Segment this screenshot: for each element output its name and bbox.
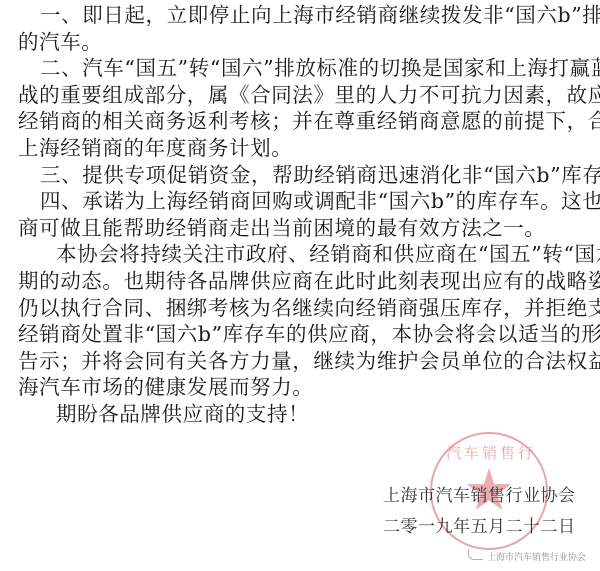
paragraph-5-line-3: 仍以执行合同、捆绑考核为名继续向经销商强压库存，并拒绝支持帮助 bbox=[18, 295, 590, 322]
paragraph-2-line-4: 上海经销商的年度商务计划。 bbox=[18, 135, 590, 162]
paragraph-1-line-2: 的汽车。 bbox=[18, 29, 590, 56]
paragraph-3-line-1: 三、提供专项促销资金，帮助经销商迅速消化非“国六b”库存车。 bbox=[18, 162, 590, 189]
paragraph-4-line-2: 商可做且能帮助经销商走出当前困境的最有效方法之一。 bbox=[18, 215, 590, 242]
paragraph-2-line-2: 战的重要组成部分，属《合同法》里的人力不可抗力因素，故应取消对 bbox=[18, 82, 590, 109]
paragraph-2-line-3: 经销商的相关商务返利考核；并在尊重经销商意愿的前提下，合理调整 bbox=[18, 108, 590, 135]
paragraph-5-line-2: 期的动态。也期待各品牌供应商在此时此刻表现出应有的战略姿态。对 bbox=[18, 268, 590, 295]
paragraph-4-line-1: 四、承诺为上海经销商回购或调配非“国六b”的库存车。这也是供应 bbox=[18, 188, 590, 215]
signature-date: 二零一九年五月二十二日 bbox=[383, 512, 576, 537]
paragraph-5-line-6: 海汽车市场的健康发展而努力。 bbox=[18, 374, 590, 401]
document-body: 一、即日起，立即停止向上海市经销商继续拨发非“国六b”排放标准 的汽车。 二、汽… bbox=[18, 2, 590, 428]
seal-text: 汽车销售行 bbox=[446, 442, 536, 463]
paragraph-5-line-5: 告示；并将会同有关各方力量，继续为维护会员单位的合法权益，为上 bbox=[18, 348, 590, 375]
closing-line: 期盼各品牌供应商的支持！ bbox=[18, 401, 590, 428]
paragraph-5-line-1: 本协会将持续关注市政府、经销商和供应商在“国五”转“国六”切换 bbox=[18, 241, 590, 268]
paragraph-1-line-1: 一、即日起，立即停止向上海市经销商继续拨发非“国六b”排放标准 bbox=[18, 2, 590, 29]
paragraph-2-line-1: 二、汽车“国五”转“国六”排放标准的切换是国家和上海打赢蓝天保卫 bbox=[18, 55, 590, 82]
watermark-text: 上海市汽车销售行业协会 bbox=[487, 550, 586, 563]
wechat-logo-icon bbox=[468, 549, 483, 560]
signature-organization: 上海市汽车销售行业协会 bbox=[383, 481, 576, 506]
paragraph-5-line-4: 经销商处置非“国六b”库存车的供应商，本协会将会以适当的形式向社会 bbox=[18, 321, 590, 348]
